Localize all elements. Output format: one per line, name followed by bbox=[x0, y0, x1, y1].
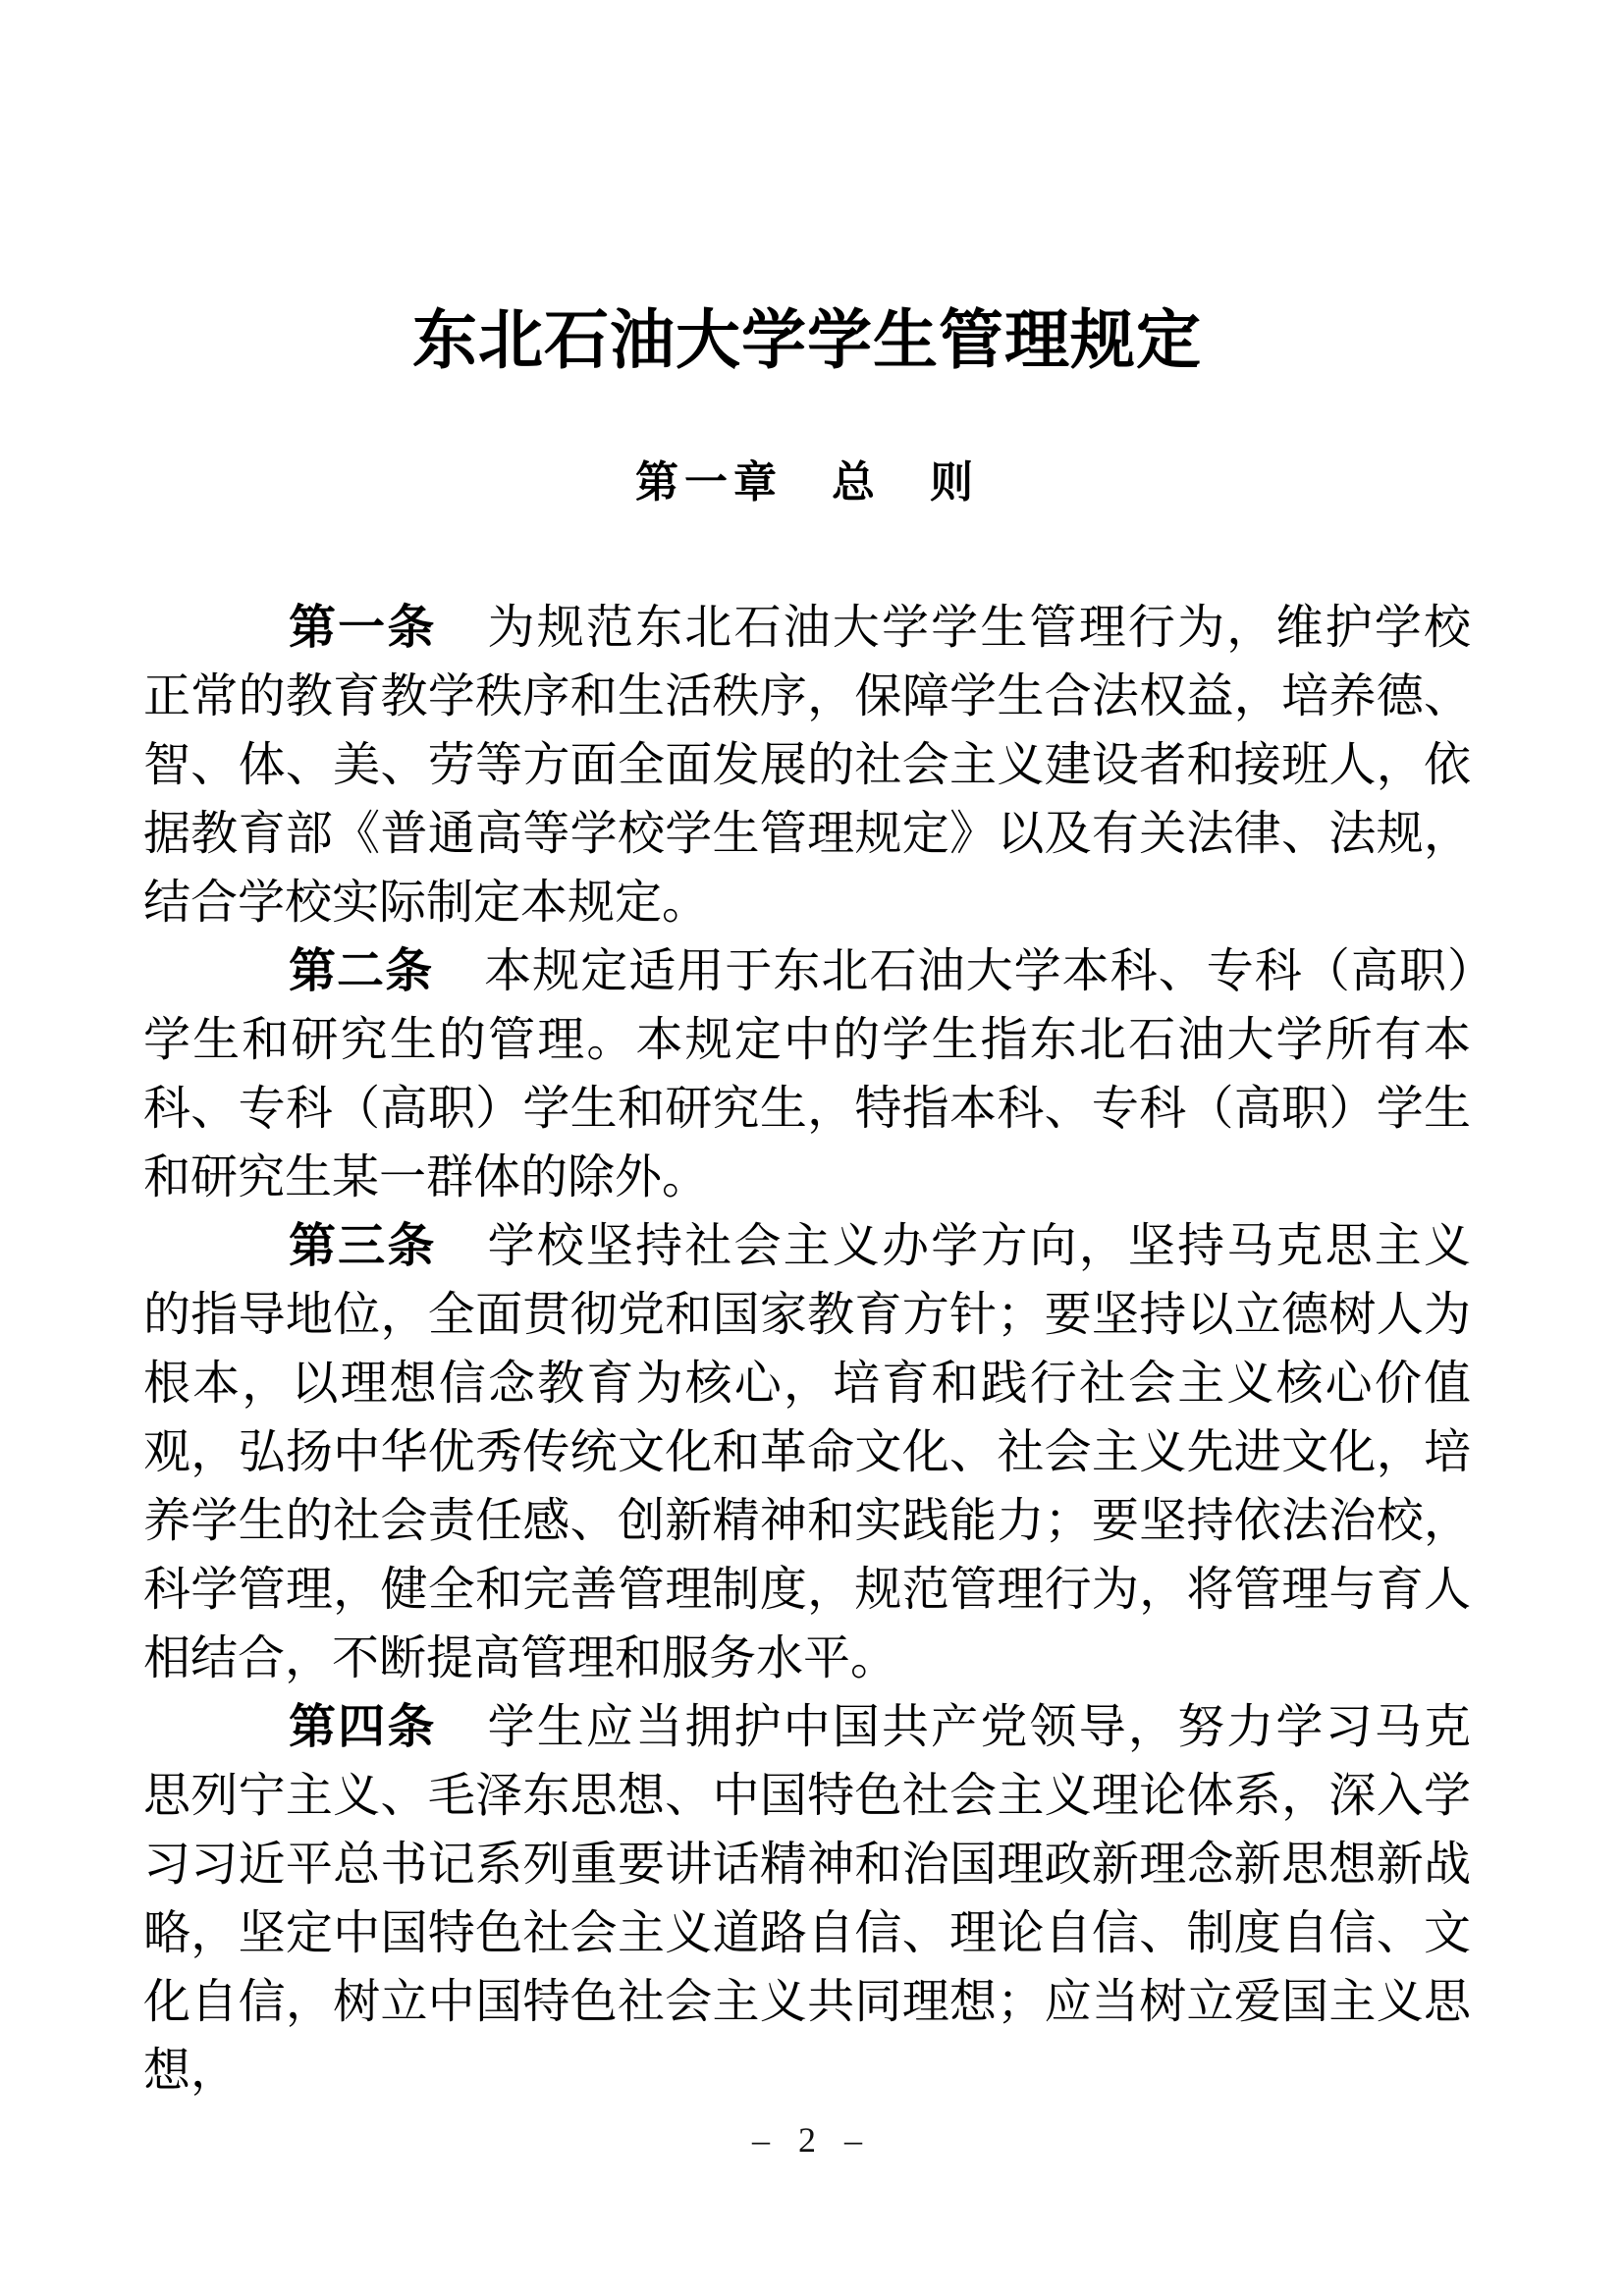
article-1: 第一条为规范东北石油大学学生管理行为，维护学校正常的教育教学秩序和生活秩序，保障… bbox=[143, 594, 1471, 937]
page-number: – 2 – bbox=[0, 2118, 1624, 2162]
document-body: 第一条为规范东北石油大学学生管理行为，维护学校正常的教育教学秩序和生活秩序，保障… bbox=[143, 594, 1471, 2106]
article-1-label: 第一条 bbox=[289, 602, 437, 654]
article-3-text: 学校坚持社会主义办学方向，坚持马克思主义的指导地位，全面贯彻党和国家教育方针；要… bbox=[143, 1220, 1471, 1684]
document-title: 东北石油大学学生管理规定 bbox=[143, 302, 1471, 381]
article-4: 第四条学生应当拥护中国共产党领导，努力学习马克思列宁主义、毛泽东思想、中国特色社… bbox=[143, 1693, 1471, 2106]
article-4-label: 第四条 bbox=[289, 1701, 437, 1753]
document-page: 东北石油大学学生管理规定 第一章 总 则 第一条为规范东北石油大学学生管理行为，… bbox=[0, 0, 1624, 2296]
article-4-text: 学生应当拥护中国共产党领导，努力学习马克思列宁主义、毛泽东思想、中国特色社会主义… bbox=[143, 1701, 1471, 2097]
article-2-label: 第二条 bbox=[289, 945, 433, 997]
article-2: 第二条本规定适用于东北石油大学本科、专科（高职）学生和研究生的管理。本规定中的学… bbox=[143, 937, 1471, 1212]
chapter-heading: 第一章 总 则 bbox=[143, 455, 1471, 510]
article-3-label: 第三条 bbox=[289, 1220, 437, 1272]
article-3: 第三条学校坚持社会主义办学方向，坚持马克思主义的指导地位，全面贯彻党和国家教育方… bbox=[143, 1212, 1471, 1693]
